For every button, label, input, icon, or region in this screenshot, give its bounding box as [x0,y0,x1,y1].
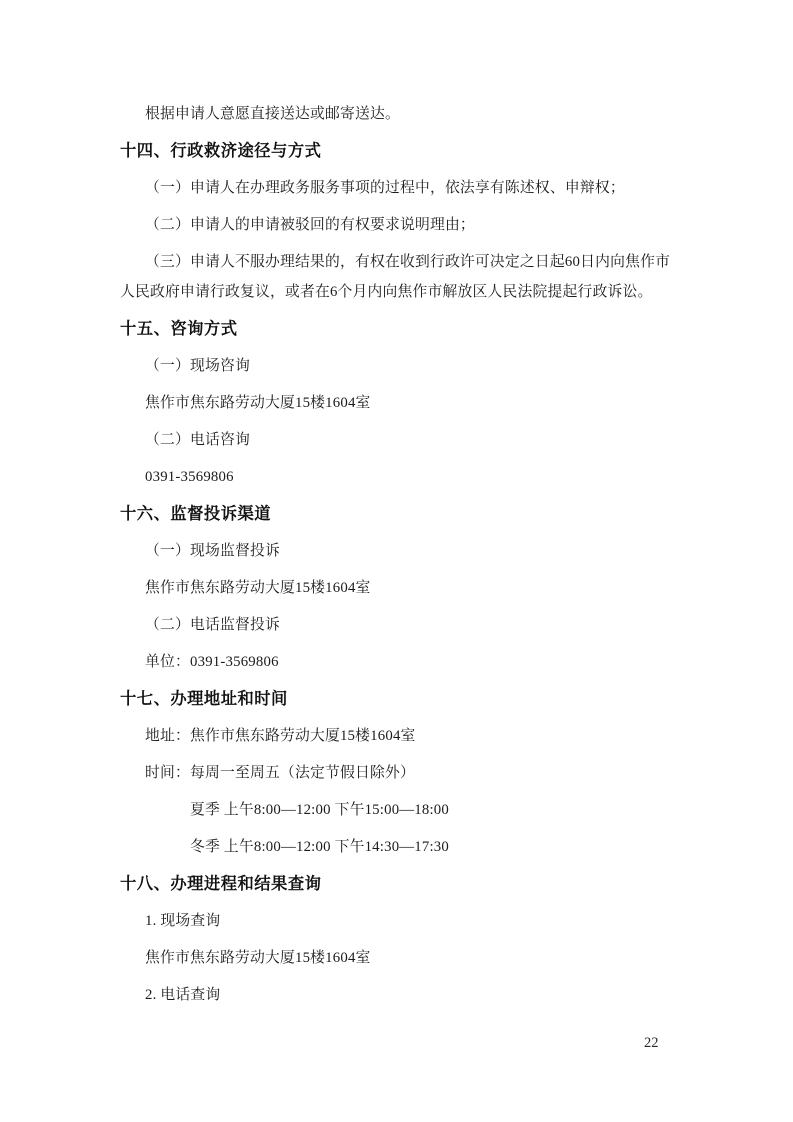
clause-14-3-review-litigation: （三）申请人不服办理结果的，有权在收到行政许可决定之日起60日内向焦作市人民政府… [120,247,673,307]
heading-section-15-consultation: 十五、咨询方式 [120,314,673,344]
paragraph-delivery-method: 根据申请人意愿直接送达或邮寄送达。 [120,99,673,129]
clause-16-1-onsite-complaint: （一）现场监督投诉 [120,536,673,566]
winter-hours: 冬季 上午8:00—12:00 下午14:30—17:30 [120,832,673,862]
clause-15-1-onsite-consultation: （一）现场咨询 [120,351,673,381]
complaint-unit-phone-number: 单位：0391-3569806 [120,647,673,677]
item-phone-query: 2. 电话查询 [120,980,673,1010]
clause-14-1-statement-defense-rights: （一）申请人在办理政务服务事项的过程中，依法享有陈述权、申辩权； [120,173,673,203]
query-address: 焦作市焦东路劳动大厦15楼1604室 [120,943,673,973]
heading-section-16-supervision-complaints: 十六、监督投诉渠道 [120,499,673,529]
complaint-address: 焦作市焦东路劳动大厦15楼1604室 [120,573,673,603]
office-hours: 时间：每周一至周五（法定节假日除外） [120,758,673,788]
clause-15-2-phone-consultation: （二）电话咨询 [120,425,673,455]
heading-section-14-administrative-remedy: 十四、行政救济途径与方式 [120,136,673,166]
consultation-address: 焦作市焦东路劳动大厦15楼1604室 [120,388,673,418]
heading-section-18-progress-result-query: 十八、办理进程和结果查询 [120,869,673,899]
item-onsite-query: 1. 现场查询 [120,906,673,936]
page-number: 22 [644,1033,659,1053]
document-page: 根据申请人意愿直接送达或邮寄送达。 十四、行政救济途径与方式 （一）申请人在办理… [0,0,793,1122]
heading-section-17-address-and-time: 十七、办理地址和时间 [120,684,673,714]
clause-16-2-phone-complaint: （二）电话监督投诉 [120,610,673,640]
consultation-phone-number: 0391-3569806 [120,462,673,492]
clause-14-2-rejection-explanation: （二）申请人的申请被驳回的有权要求说明理由； [120,210,673,240]
office-address: 地址：焦作市焦东路劳动大厦15楼1604室 [120,721,673,751]
summer-hours: 夏季 上午8:00—12:00 下午15:00—18:00 [120,795,673,825]
